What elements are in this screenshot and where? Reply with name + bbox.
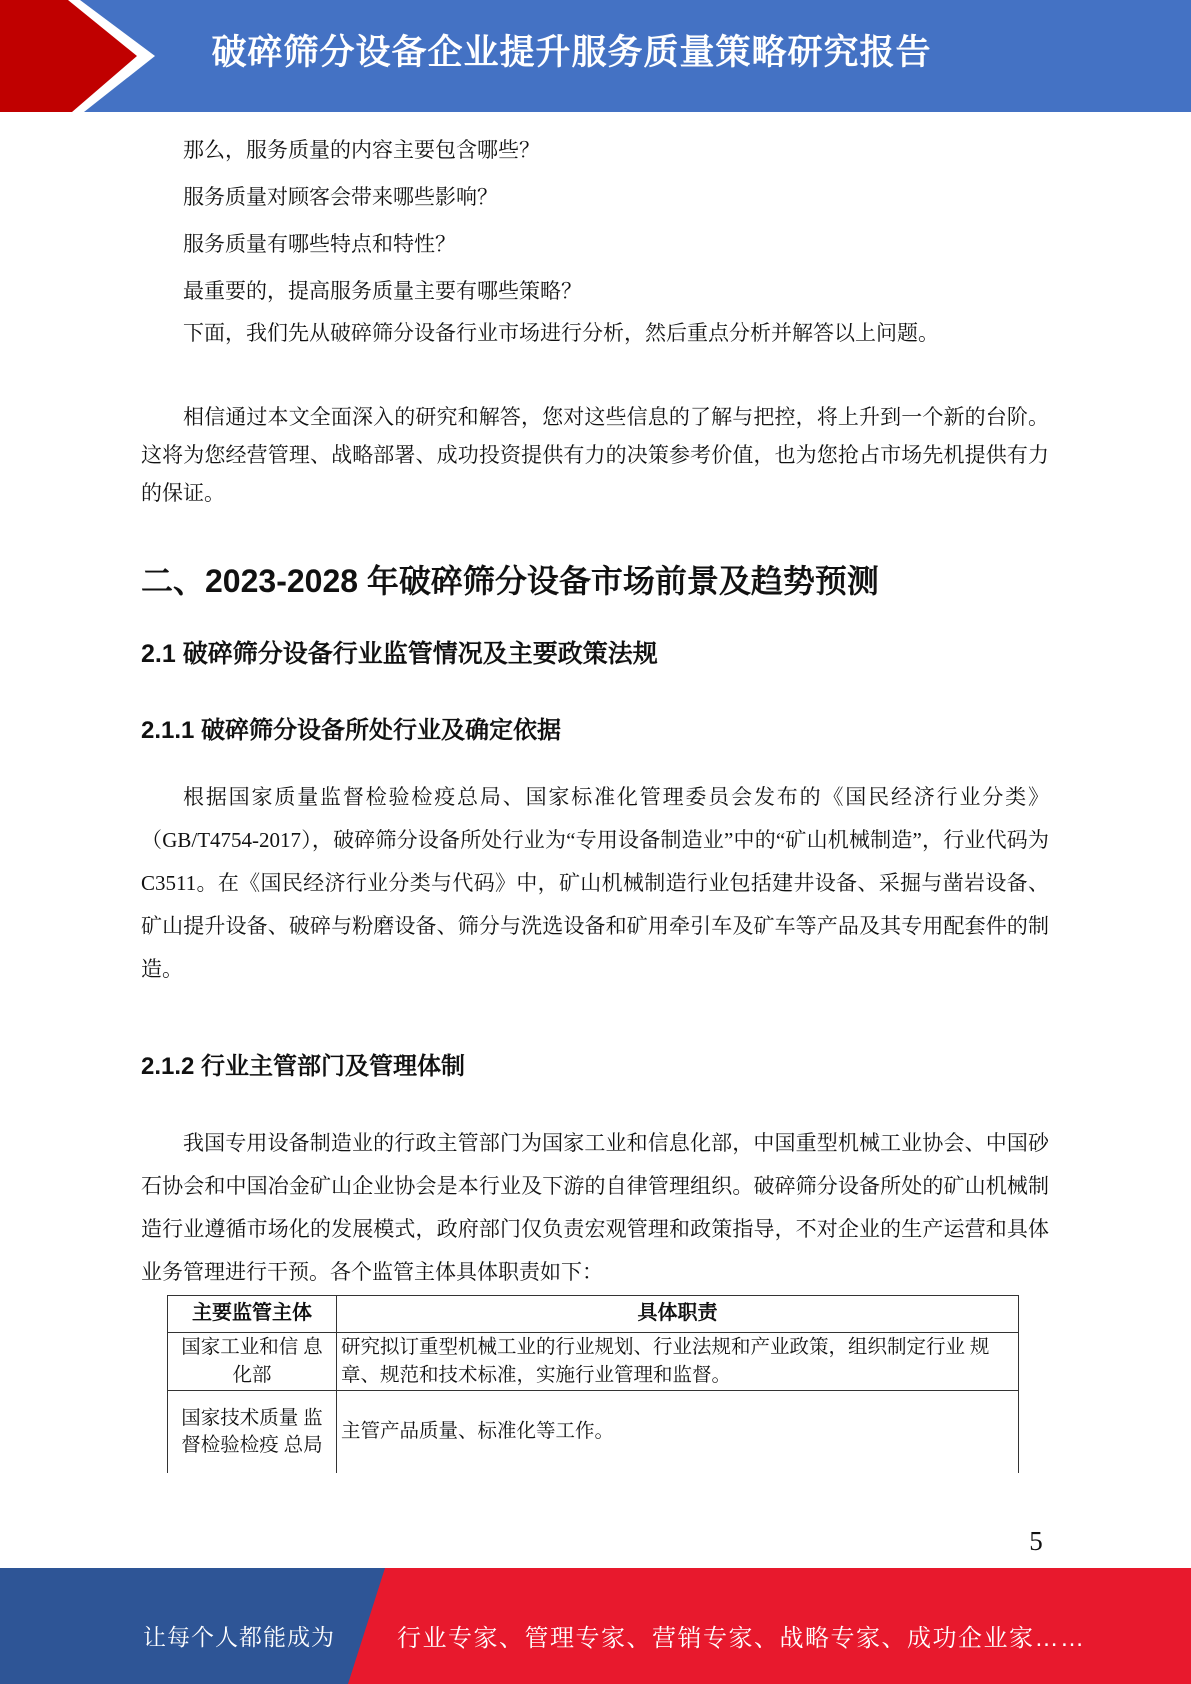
footer-slogan-left: 让每个人都能成为 (143, 1619, 335, 1652)
section-heading-2-1: 2.1 破碎筛分设备行业监管情况及主要政策法规 (141, 634, 1049, 670)
question-line: 服务质量对顾客会带来哪些影响？ (141, 178, 1049, 216)
section-heading-2-1-1: 2.1.1 破碎筛分设备所处行业及确定依据 (141, 710, 1049, 745)
section-heading-2-1-2: 2.1.2 行业主管部门及管理体制 (141, 1046, 1049, 1081)
paragraph-2-1-1: 根据国家质量监督检验检疫总局、国家标准化管理委员会发布的《国民经济行业分类》（G… (141, 776, 1049, 991)
lead-paragraph: 下面，我们先从破碎筛分设备行业市场进行分析，然后重点分析并解答以上问题。 (141, 314, 1049, 352)
table-header-subject: 主要监管主体 (168, 1296, 337, 1333)
table-row: 国家技术质量 监 督检验检疫 总局 主管产品质量、标准化等工作。 (168, 1391, 1019, 1474)
footer-banner: 让每个人都能成为 行业专家、管理专家、营销专家、战略专家、成功企业家…… (0, 1568, 1191, 1684)
table-header-duty: 具体职责 (337, 1296, 1019, 1333)
table-cell-subject: 国家工业和信 息 化部 (168, 1333, 337, 1391)
table-cell-duty: 研究拟订重型机械工业的行业规划、行业法规和产业政策，组织制定行业 规章、规范和技… (337, 1333, 1019, 1391)
question-line: 最重要的，提高服务质量主要有哪些策略？ (141, 272, 1049, 310)
intro-questions: 那么，服务质量的内容主要包含哪些？ 服务质量对顾客会带来哪些影响？ 服务质量有哪… (141, 131, 1049, 319)
page-number: 5 (1012, 1526, 1060, 1557)
value-paragraph: 相信通过本文全面深入的研究和解答，您对这些信息的了解与把控，将上升到一个新的台阶… (141, 398, 1049, 512)
table-cell-duty: 主管产品质量、标准化等工作。 (337, 1391, 1019, 1474)
page-title: 破碎筛分设备企业提升服务质量策略研究报告 (0, 25, 1191, 75)
header-banner: 破碎筛分设备企业提升服务质量策略研究报告 (0, 0, 1191, 112)
footer-slogan-right: 行业专家、管理专家、营销专家、战略专家、成功企业家…… (397, 1618, 1086, 1653)
table-row: 国家工业和信 息 化部 研究拟订重型机械工业的行业规划、行业法规和产业政策，组织… (168, 1333, 1019, 1391)
table-header-row: 主要监管主体 具体职责 (168, 1296, 1019, 1333)
regulators-table: 主要监管主体 具体职责 国家工业和信 息 化部 研究拟订重型机械工业的行业规划、… (167, 1295, 1019, 1473)
report-page: 破碎筛分设备企业提升服务质量策略研究报告 那么，服务质量的内容主要包含哪些？ 服… (0, 0, 1191, 1684)
chapter-heading: 二、2023-2028 年破碎筛分设备市场前景及趋势预测 (141, 556, 1049, 602)
table-cell-subject: 国家技术质量 监 督检验检疫 总局 (168, 1391, 337, 1474)
question-line: 服务质量有哪些特点和特性？ (141, 225, 1049, 263)
question-line: 那么，服务质量的内容主要包含哪些？ (141, 131, 1049, 169)
paragraph-2-1-2: 我国专用设备制造业的行政主管部门为国家工业和信息化部，中国重型机械工业协会、中国… (141, 1122, 1049, 1294)
